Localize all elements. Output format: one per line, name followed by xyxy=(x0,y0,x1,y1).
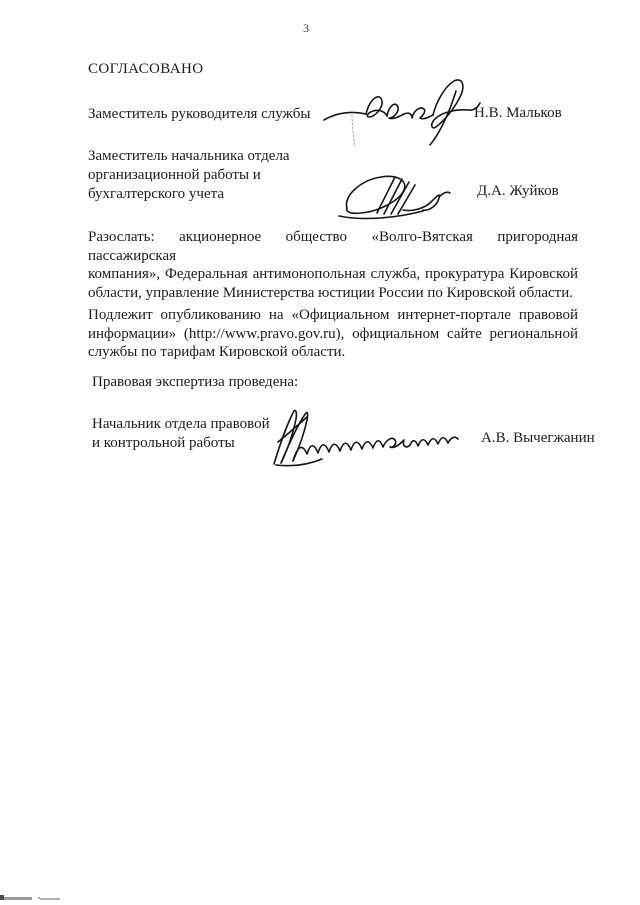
signature-zhuikov-image xyxy=(333,164,468,222)
scan-artifact-line xyxy=(4,897,32,900)
page-number: 3 xyxy=(303,21,309,36)
signature-vychegzhanin-image xyxy=(266,406,461,468)
legal-review-heading: Правовая экспертиза проведена: xyxy=(92,373,298,392)
signatory-title-line: и контрольной работы xyxy=(92,434,270,453)
signatory-title-malkov: Заместитель руководителя службы xyxy=(88,105,310,124)
signature-malkov-image xyxy=(318,76,483,148)
paragraph-line: компания», Федеральная антимонопольная с… xyxy=(88,265,578,284)
signatory-title-line: Начальник отдела правовой xyxy=(92,415,270,434)
paragraph-line: службы по тарифам Кировской области. xyxy=(88,343,578,362)
paragraph-line: области, управление Министерства юстиции… xyxy=(88,284,578,303)
signatory-title-line: Заместитель начальника отдела xyxy=(88,147,290,166)
signatory-name-malkov: Н.В. Мальков xyxy=(474,104,562,123)
approval-heading: СОГЛАСОВАНО xyxy=(88,61,203,78)
document-page: 3 СОГЛАСОВАНО Заместитель руководителя с… xyxy=(0,0,640,905)
scan-artifact-line xyxy=(40,898,60,900)
paragraph-line: информации» (http://www.pravo.gov.ru), о… xyxy=(88,325,578,344)
distribution-paragraph: Разослать: акционерное общество «Волго-В… xyxy=(88,228,578,303)
signatory-title-line: бухгалтерского учета xyxy=(88,185,290,204)
signatory-name-vychegzhanin: А.В. Вычегжанин xyxy=(481,429,595,448)
signatory-name-zhuikov: Д.А. Жуйков xyxy=(477,182,559,201)
publication-paragraph: Подлежит опубликованию на «Официальном и… xyxy=(88,306,578,362)
paragraph-line: Разослать: акционерное общество «Волго-В… xyxy=(88,228,578,265)
signatory-title-vychegzhanin: Начальник отдела правовой и контрольной … xyxy=(92,415,270,453)
signatory-title-line: организационной работы и xyxy=(88,166,290,185)
paragraph-line: Подлежит опубликованию на «Официальном и… xyxy=(88,306,578,325)
signatory-title-zhuikov: Заместитель начальника отдела организаци… xyxy=(88,147,290,204)
